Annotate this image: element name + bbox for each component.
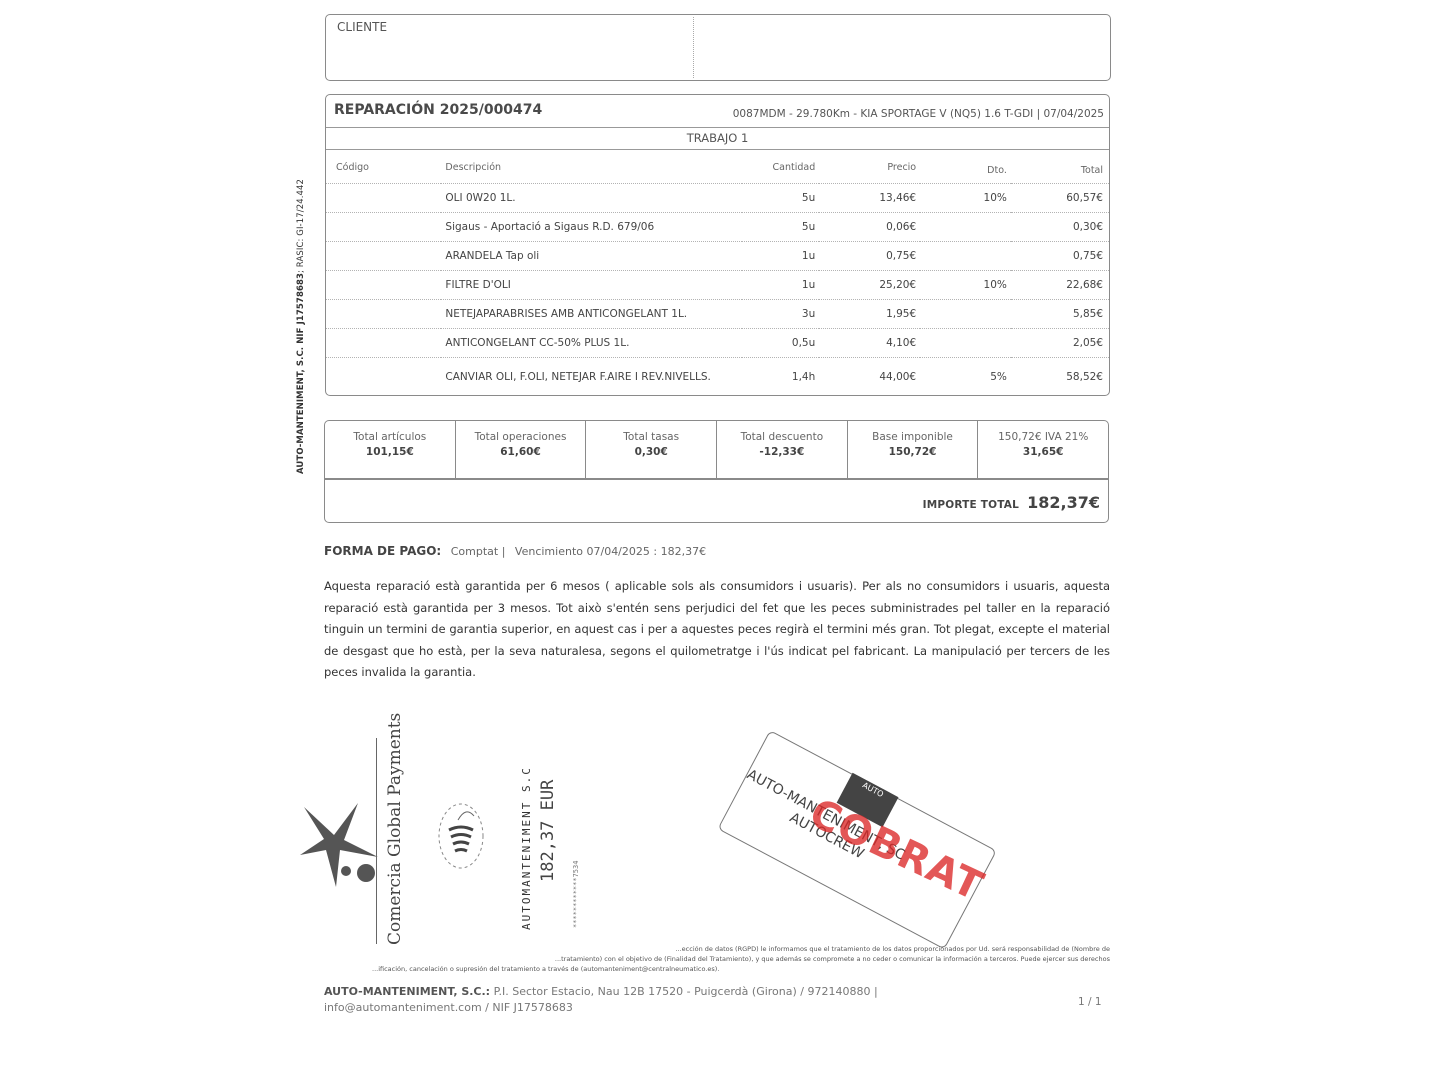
footer-company: AUTO-MANTENIMENT, S.C.: xyxy=(324,985,490,998)
job-title: TRABAJO 1 xyxy=(326,131,1109,145)
divider xyxy=(326,149,1109,150)
client-box: CLIENTE xyxy=(325,14,1111,81)
client-label: CLIENTE xyxy=(337,20,387,34)
line-price: 0,06€ xyxy=(819,213,920,242)
line-total: 5,85€ xyxy=(1011,300,1109,329)
total-cell-label: Total descuento xyxy=(717,431,847,443)
line-description: NETEJAPARABRISES AMB ANTICONGELANT 1L. xyxy=(441,300,742,329)
table-row: Sigaus - Aportació a Sigaus R.D. 679/065… xyxy=(326,213,1109,242)
total-cell: Total descuento-12,33€ xyxy=(717,421,848,478)
star-logo-icon xyxy=(296,795,386,895)
footer-contact: info@automanteniment.com / NIF J17578683 xyxy=(324,1000,878,1016)
line-quantity: 5u xyxy=(742,213,819,242)
line-quantity: 1u xyxy=(742,271,819,300)
line-code xyxy=(326,242,441,271)
line-code xyxy=(326,358,441,397)
repair-title: REPARACIÓN 2025/000474 xyxy=(334,102,542,118)
rgpd-line: ...ificación, cancelación o supresión de… xyxy=(372,964,1110,974)
line-discount xyxy=(920,300,1011,329)
line-description: Sigaus - Aportació a Sigaus R.D. 679/06 xyxy=(441,213,742,242)
line-description: FILTRE D'OLI xyxy=(441,271,742,300)
line-total: 58,52€ xyxy=(1011,358,1109,397)
total-cell: Total operaciones61,60€ xyxy=(456,421,587,478)
total-cell-label: Total tasas xyxy=(586,431,716,443)
receipt-merchant: AUTOMANTENIMENT S.C xyxy=(520,766,533,930)
grand-total-value: 182,37€ xyxy=(1027,493,1100,512)
col-discount: Dto. xyxy=(920,151,1011,184)
divider xyxy=(326,127,1109,128)
line-total: 22,68€ xyxy=(1011,271,1109,300)
total-cell-value: 31,65€ xyxy=(978,446,1108,458)
total-cell: Base imponible150,72€ xyxy=(848,421,979,478)
page-number: 1 / 1 xyxy=(1078,996,1102,1008)
rgpd-notice: ...ección de datos (RGPD) le informamos … xyxy=(372,944,1110,974)
side-company-nif: AUTO-MANTENIMENT, S.C. NIF J17578683 xyxy=(296,273,306,474)
total-cell-label: Total operaciones xyxy=(456,431,586,443)
table-row: ARANDELA Tap oli1u0,75€0,75€ xyxy=(326,242,1109,271)
table-row: CANVIAR OLI, F.OLI, NETEJAR F.AIRE I REV… xyxy=(326,358,1109,397)
receipt-amount: 182,37 EUR xyxy=(538,780,558,882)
total-cell: Total artículos101,15€ xyxy=(325,421,456,478)
line-description: ANTICONGELANT CC-50% PLUS 1L. xyxy=(441,329,742,358)
line-code xyxy=(326,213,441,242)
footer-address: P.I. Sector Estacio, Nau 12B 17520 - Pui… xyxy=(490,985,878,998)
line-discount: 10% xyxy=(920,271,1011,300)
payment-due: Vencimiento 07/04/2025 : 182,37€ xyxy=(515,545,706,558)
rgpd-line: ...ección de datos (RGPD) le informamos … xyxy=(372,944,1110,954)
line-description: ARANDELA Tap oli xyxy=(441,242,742,271)
warranty-text: Aquesta reparació està garantida per 6 m… xyxy=(324,576,1110,684)
line-quantity: 1u xyxy=(742,242,819,271)
total-cell: Total tasas0,30€ xyxy=(586,421,717,478)
table-row: NETEJAPARABRISES AMB ANTICONGELANT 1L.3u… xyxy=(326,300,1109,329)
line-discount: 5% xyxy=(920,358,1011,397)
client-divider xyxy=(693,17,694,78)
table-header-row: Código Descripción Cantidad Precio Dto. … xyxy=(326,151,1109,184)
col-price: Precio xyxy=(819,151,920,184)
line-quantity: 3u xyxy=(742,300,819,329)
payment-separator: | xyxy=(502,545,506,558)
payment-info: FORMA DE PAGO: Comptat | Vencimiento 07/… xyxy=(324,544,706,558)
totals-grid: Total artículos101,15€Total operaciones6… xyxy=(325,421,1108,480)
line-price: 4,10€ xyxy=(819,329,920,358)
line-discount xyxy=(920,329,1011,358)
line-quantity: 5u xyxy=(742,184,819,213)
col-description: Descripción xyxy=(441,151,742,184)
payment-label: FORMA DE PAGO: xyxy=(324,544,441,558)
contactless-icon xyxy=(436,800,486,872)
line-code xyxy=(326,184,441,213)
payment-processor-brand: Comercia Global Payments xyxy=(385,713,405,945)
total-cell: 150,72€ IVA 21%31,65€ xyxy=(978,421,1108,478)
line-description: CANVIAR OLI, F.OLI, NETEJAR F.AIRE I REV… xyxy=(441,358,742,397)
side-registry: ; RASIC: GI-17/24.442 xyxy=(296,179,306,273)
footer: AUTO-MANTENIMENT, S.C.: P.I. Sector Esta… xyxy=(324,984,878,1016)
line-discount: 10% xyxy=(920,184,1011,213)
line-total: 2,05€ xyxy=(1011,329,1109,358)
totals-box: Total artículos101,15€Total operaciones6… xyxy=(324,420,1109,523)
line-code xyxy=(326,271,441,300)
table-row: OLI 0W20 1L.5u13,46€10%60,57€ xyxy=(326,184,1109,213)
col-quantity: Cantidad xyxy=(742,151,819,184)
line-items-table: Código Descripción Cantidad Precio Dto. … xyxy=(326,151,1109,396)
total-cell-value: 61,60€ xyxy=(456,446,586,458)
total-cell-value: -12,33€ xyxy=(717,446,847,458)
line-total: 0,75€ xyxy=(1011,242,1109,271)
total-cell-value: 0,30€ xyxy=(586,446,716,458)
side-registration-text: AUTO-MANTENIMENT, S.C. NIF J17578683; RA… xyxy=(296,179,306,474)
rgpd-line: ...tratamiento) con el objetivo de (Fina… xyxy=(372,954,1110,964)
total-cell-label: Base imponible xyxy=(848,431,978,443)
table-row: ANTICONGELANT CC-50% PLUS 1L.0,5u4,10€2,… xyxy=(326,329,1109,358)
grand-total: IMPORTE TOTAL 182,37€ xyxy=(923,493,1100,512)
vehicle-info: 0087MDM - 29.780Km - KIA SPORTAGE V (NQ5… xyxy=(733,108,1104,120)
line-price: 1,95€ xyxy=(819,300,920,329)
total-cell-value: 150,72€ xyxy=(848,446,978,458)
col-code: Código xyxy=(326,151,441,184)
payment-method: Comptat xyxy=(451,545,498,558)
total-cell-label: 150,72€ IVA 21% xyxy=(978,431,1108,443)
line-price: 25,20€ xyxy=(819,271,920,300)
line-code xyxy=(326,300,441,329)
line-price: 13,46€ xyxy=(819,184,920,213)
line-price: 0,75€ xyxy=(819,242,920,271)
line-code xyxy=(326,329,441,358)
line-description: OLI 0W20 1L. xyxy=(441,184,742,213)
total-cell-value: 101,15€ xyxy=(325,446,455,458)
line-price: 44,00€ xyxy=(819,358,920,397)
grand-total-label: IMPORTE TOTAL xyxy=(923,499,1019,511)
total-cell-label: Total artículos xyxy=(325,431,455,443)
col-total: Total xyxy=(1011,151,1109,184)
receipt-card-mask: ************7534 xyxy=(572,861,580,928)
line-total: 0,30€ xyxy=(1011,213,1109,242)
receipt-divider xyxy=(376,738,377,944)
repair-box: REPARACIÓN 2025/000474 0087MDM - 29.780K… xyxy=(325,94,1110,396)
line-discount xyxy=(920,213,1011,242)
table-row: FILTRE D'OLI1u25,20€10%22,68€ xyxy=(326,271,1109,300)
line-discount xyxy=(920,242,1011,271)
line-quantity: 1,4h xyxy=(742,358,819,397)
line-quantity: 0,5u xyxy=(742,329,819,358)
line-total: 60,57€ xyxy=(1011,184,1109,213)
